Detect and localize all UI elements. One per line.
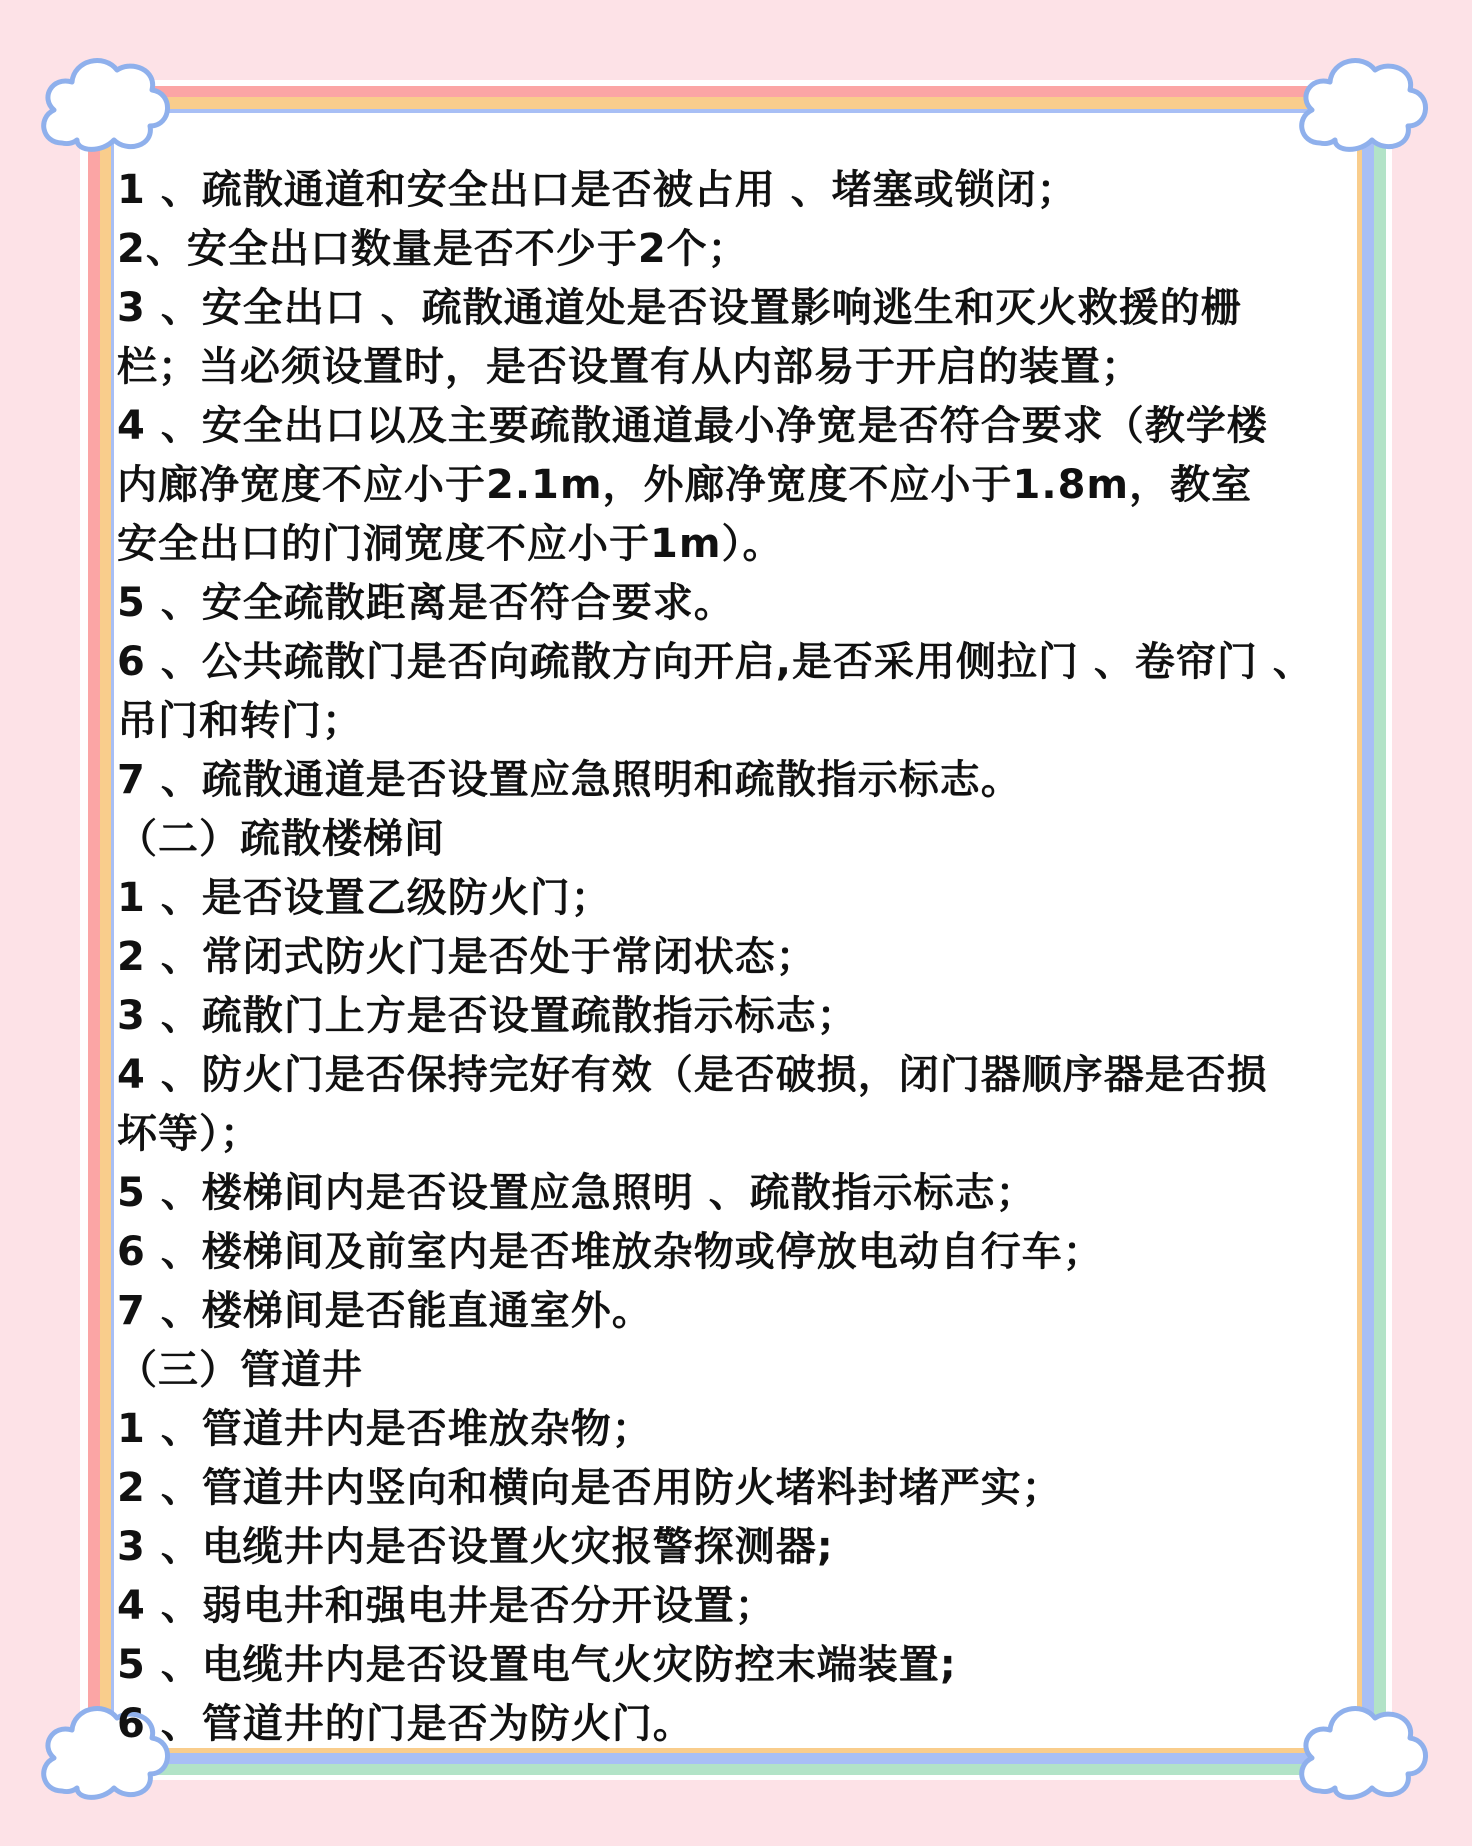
text-line: 6 、管道井的门是否为防火门。 bbox=[117, 1695, 1357, 1754]
text-line: 5 、电缆井内是否设置电气火灾防控末端装置; bbox=[117, 1636, 1357, 1695]
top-stripe-pink bbox=[88, 86, 1386, 97]
right-stripe-green bbox=[1374, 113, 1386, 1775]
text-line: 5 、安全疏散距离是否符合要求。 bbox=[117, 574, 1357, 633]
cloud-icon bbox=[1290, 48, 1440, 158]
top-stripe-orange bbox=[100, 97, 1362, 109]
bottom-stripe-blue bbox=[114, 1753, 1374, 1764]
text-line: 7 、楼梯间是否能直通室外。 bbox=[117, 1282, 1357, 1341]
right-stripe-blue bbox=[1362, 113, 1374, 1764]
text-line: 2 、常闭式防火门是否处于常闭状态； bbox=[117, 928, 1357, 987]
bottom-stripe-green bbox=[114, 1764, 1386, 1775]
text-line: 6 、楼梯间及前室内是否堆放杂物或停放电动自行车； bbox=[117, 1223, 1357, 1282]
text-line: 1 、是否设置乙级防火门； bbox=[117, 869, 1357, 928]
text-line: 栏；当必须设置时，是否设置有从内部易于开启的装置； bbox=[117, 338, 1357, 397]
text-line: 坏等）； bbox=[117, 1105, 1357, 1164]
text-line: 内廊净宽度不应小于2.1m，外廊净宽度不应小于1.8m，教室 bbox=[117, 456, 1357, 515]
left-stripe-pink bbox=[88, 86, 100, 1748]
text-line: 7 、疏散通道是否设置应急照明和疏散指示标志。 bbox=[117, 751, 1357, 810]
text-line: 3 、电缆井内是否设置火灾报警探测器; bbox=[117, 1518, 1357, 1577]
text-line: 2 、管道井内竖向和横向是否用防火堵料封堵严实； bbox=[117, 1459, 1357, 1518]
text-line: 1 、疏散通道和安全出口是否被占用 、堵塞或锁闭； bbox=[117, 161, 1357, 220]
text-line: 安全出口的门洞宽度不应小于1m）。 bbox=[117, 515, 1357, 574]
text-line: 4 、防火门是否保持完好有效（是否破损，闭门器顺序器是否损 bbox=[117, 1046, 1357, 1105]
cloud-icon bbox=[32, 48, 182, 158]
text-line: 5 、楼梯间内是否设置应急照明 、疏散指示标志； bbox=[117, 1164, 1357, 1223]
text-line: 6 、公共疏散门是否向疏散方向开启,是否采用侧拉门 、卷帘门 、 bbox=[117, 633, 1357, 692]
text-line: 3 、安全出口 、疏散通道处是否设置影响逃生和灭火救援的栅 bbox=[117, 279, 1357, 338]
section-heading: （二）疏散楼梯间 bbox=[117, 810, 1357, 869]
text-line: 1 、管道井内是否堆放杂物； bbox=[117, 1400, 1357, 1459]
checklist-text: 1 、疏散通道和安全出口是否被占用 、堵塞或锁闭； 2、安全出口数量是否不少于2… bbox=[117, 161, 1357, 1754]
left-stripe-orange bbox=[100, 97, 111, 1748]
text-line: 4 、安全出口以及主要疏散通道最小净宽是否符合要求（教学楼 bbox=[117, 397, 1357, 456]
section-heading: （三）管道井 bbox=[117, 1341, 1357, 1400]
text-line: 吊门和转门； bbox=[117, 692, 1357, 751]
text-line: 3 、疏散门上方是否设置疏散指示标志； bbox=[117, 987, 1357, 1046]
text-line: 2、安全出口数量是否不少于2个； bbox=[117, 220, 1357, 279]
text-line: 4 、弱电井和强电井是否分开设置； bbox=[117, 1577, 1357, 1636]
